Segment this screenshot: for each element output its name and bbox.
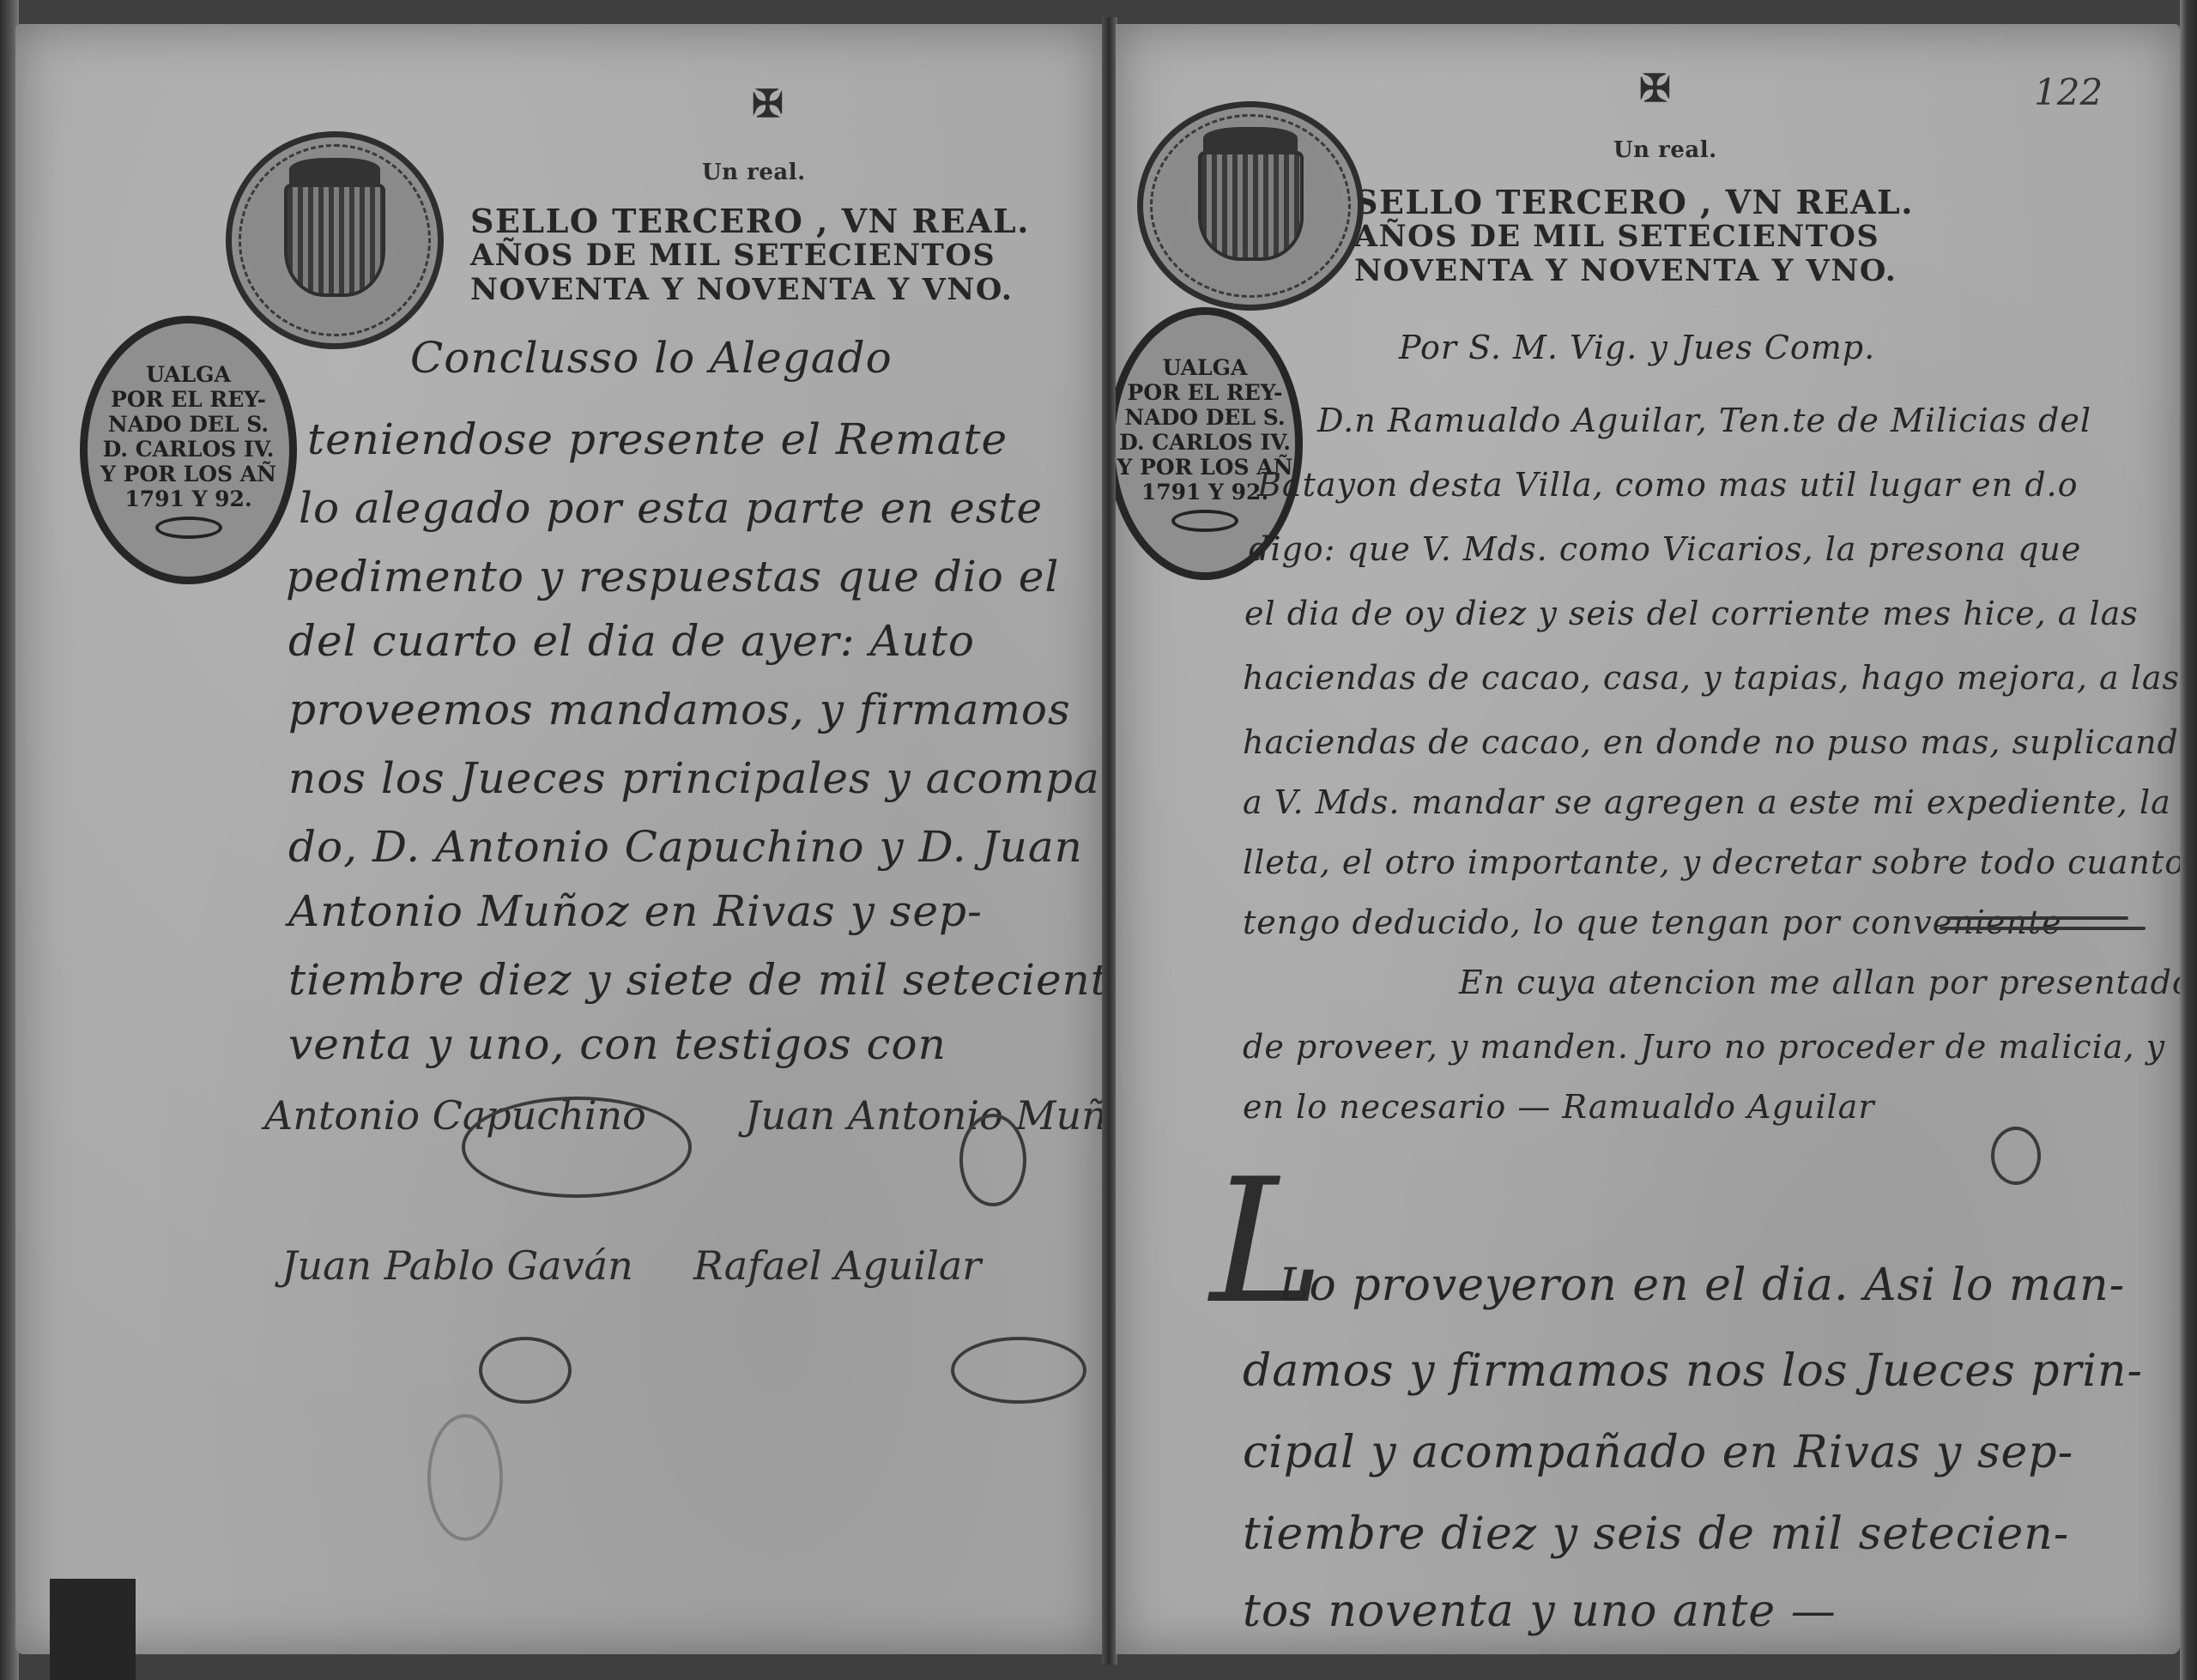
header-annotation: Por S. M. Vig. y Jues Comp. — [1399, 329, 1875, 366]
handwriting-line: nos los Jueces principales y acompaña — [288, 753, 1104, 803]
decree-line: tos noventa y uno ante — — [1243, 1586, 1837, 1637]
line-filler-rule — [1940, 927, 2146, 930]
folio-number: 122 — [2034, 71, 2103, 113]
cross-mark-icon: ✠ — [752, 82, 784, 126]
stamp-header-line2: AÑOS DE MIL SETECIENTOS — [470, 239, 1030, 273]
bleed-through-mark-icon — [427, 1414, 503, 1541]
decree-line: cipal y acompañado en Rivas y sep- — [1243, 1427, 2073, 1478]
book-edge-right — [2180, 0, 2197, 1680]
oval-seal-line: D. CARLOS IV. — [103, 437, 275, 462]
handwriting-line: haciendas de cacao, en donde no puso mas… — [1243, 723, 2180, 761]
oval-seal-line: POR EL REY- — [111, 387, 266, 412]
oval-seal-ornament-icon — [155, 517, 222, 539]
oval-seal-line: UALGA — [146, 362, 231, 387]
signature: Juan Pablo Gaván — [281, 1242, 633, 1289]
stamp-header: SELLO TERCERO , VN REAL. AÑOS DE MIL SET… — [470, 204, 1030, 307]
oval-seal-line: D. CARLOS IV. — [1119, 430, 1291, 455]
handwriting-line: proveemos mandamos, y firmamos — [288, 685, 1071, 734]
handwriting-line: Conclusso lo Alegado — [410, 333, 893, 383]
handwriting-line: el dia de oy diez y seis del corriente m… — [1244, 595, 2139, 632]
oval-seal-line: 1791 Y 92. — [124, 486, 251, 511]
handwriting-line: tengo deducido, lo que tengan por conven… — [1243, 903, 2062, 941]
signature: Juan Antonio Muñoz — [745, 1092, 1104, 1139]
handwriting-line: Batayon desta Villa, como mas util lugar… — [1257, 466, 2079, 504]
denomination-label: Un real. — [1613, 137, 1717, 163]
signature-rubric-icon — [951, 1337, 1086, 1404]
royal-round-seal — [226, 131, 444, 349]
handwriting-line: haciendas de cacao, casa, y tapias, hago… — [1243, 659, 2180, 697]
handwriting-line: lo alegado por esta parte en este — [299, 483, 1043, 533]
handwriting-line: del cuarto el dia de ayer: Auto — [288, 616, 975, 666]
handwriting-line: lleta, el otro importante, y decretar so… — [1243, 843, 2180, 881]
manuscript-spread: ✠ Un real. SELLO TERCERO , VN REAL. AÑOS… — [0, 0, 2197, 1680]
handwriting-line: venta y uno, con testigos con — [288, 1019, 947, 1069]
stamp-header-line1: SELLO TERCERO , VN REAL. — [1354, 185, 1914, 220]
handwriting-line: Antonio Muñoz en Rivas y sep- — [288, 886, 983, 936]
crown-icon — [1203, 127, 1298, 154]
handwriting-line: tiembre diez y siete de mil setecientos … — [288, 955, 1104, 1005]
cross-mark-icon: ✠ — [1639, 67, 1671, 111]
handwriting-line: teniendose presente el Remate — [307, 414, 1008, 464]
stamp-header-line3: NOVENTA Y NOVENTA Y VNO. — [1354, 254, 1914, 288]
signature-rubric-icon — [1991, 1127, 2041, 1185]
denomination-label: Un real. — [702, 160, 806, 185]
oval-seal-line: NADO DEL S. — [1124, 405, 1285, 430]
handwriting-line: En cuya atencion me allan por presentado — [1459, 964, 2180, 1001]
signature-rubric-icon — [959, 1114, 1026, 1206]
oval-seal-line: NADO DEL S. — [108, 412, 269, 437]
oval-seal-line: 1791 Y 92. — [1141, 480, 1268, 505]
handwriting-line: de proveer, y manden. Juro no proceder d… — [1243, 1028, 2165, 1066]
stamp-header-line3: NOVENTA Y NOVENTA Y VNO. — [470, 273, 1030, 307]
left-page: ✠ Un real. SELLO TERCERO , VN REAL. AÑOS… — [15, 24, 1104, 1654]
handwriting-line: a V. Mds. mandar se agregen a este mi ex… — [1243, 783, 2180, 821]
signature-rubric-icon — [479, 1337, 572, 1404]
stamp-header-line1: SELLO TERCERO , VN REAL. — [470, 204, 1030, 239]
decree-line: tiembre diez y seis de mil setecien- — [1243, 1508, 2069, 1560]
stamp-header-line2: AÑOS DE MIL SETECIENTOS — [1354, 220, 1914, 254]
decree-line: damos y firmamos nos los Jueces prin- — [1243, 1345, 2143, 1397]
page-corner-tab — [50, 1579, 136, 1680]
signature: Rafael Aguilar — [693, 1242, 981, 1289]
handwriting-line: do, D. Antonio Capuchino y D. Juan — [288, 822, 1083, 872]
royal-round-seal — [1137, 101, 1364, 311]
oval-seal-ornament-icon — [1171, 510, 1238, 532]
right-page: 122 ✠ Un real. SELLO TERCERO , VN REAL. … — [1116, 24, 2180, 1654]
oval-seal-line: POR EL REY- — [1128, 380, 1283, 405]
handwriting-line: D.n Ramualdo Aguilar, Ten.te de Milicias… — [1317, 402, 2091, 439]
oval-seal-line: Y POR LOS AÑ — [100, 462, 276, 486]
line-filler-rule — [1948, 916, 2128, 920]
oval-seal-line: UALGA — [1163, 355, 1248, 380]
handwriting-line: en lo necesario — Ramualdo Aguilar — [1243, 1088, 1875, 1126]
decree-line: Lo proveyeron en el dia. Asi lo man- — [1279, 1260, 2125, 1311]
crown-icon — [289, 158, 380, 187]
handwriting-line: pedimento y respuestas que dio el — [286, 552, 1059, 601]
handwriting-line: digo: que V. Mds. como Vicarios, la pres… — [1249, 530, 2081, 568]
signature-rubric-icon — [462, 1097, 692, 1198]
stamp-header: SELLO TERCERO , VN REAL. AÑOS DE MIL SET… — [1354, 185, 1914, 288]
validation-oval-seal: UALGA POR EL REY- NADO DEL S. D. CARLOS … — [80, 316, 297, 584]
